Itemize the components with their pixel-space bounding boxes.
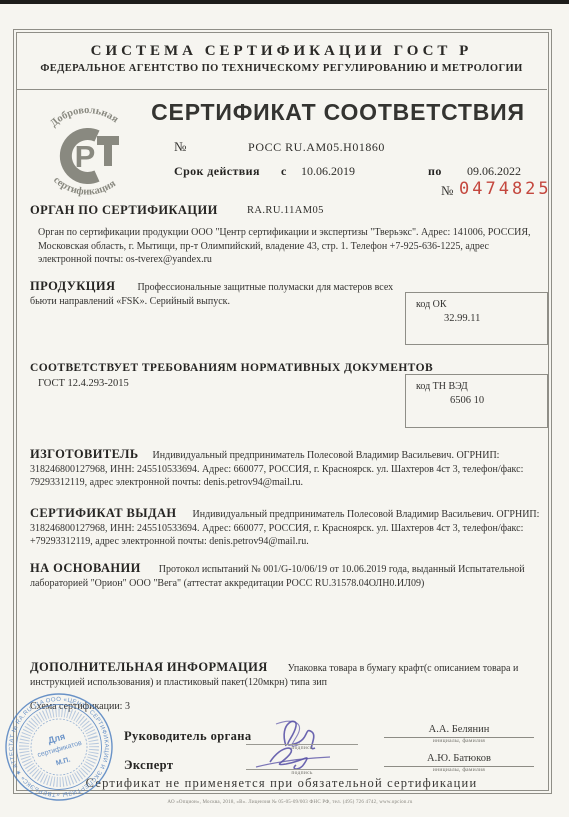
agency-line: ФЕДЕРАЛЬНОЕ АГЕНТСТВО ПО ТЕХНИЧЕСКОМУ РЕ… — [16, 63, 547, 74]
expert-signature-field: подпись — [246, 769, 358, 776]
form-number: 0474825 — [459, 179, 552, 199]
validity-date-from: 10.06.2019 — [301, 164, 355, 179]
product-block: ПРОДУКЦИЯПрофессиональные защитные полум… — [30, 280, 422, 308]
certification-body-text: Орган по сертификации продукции ООО "Цен… — [38, 226, 545, 267]
svg-text:Добровольная: Добровольная — [48, 105, 120, 129]
form-number-sign: № — [441, 183, 453, 199]
expert-name: А.Ю. Батюков — [384, 753, 534, 767]
logo-top-arc-text: Добровольная — [48, 105, 120, 129]
ok-code-label: код ОК — [416, 299, 447, 310]
issued-to-label: СЕРТИФИКАТ ВЫДАН — [30, 506, 177, 520]
basis-block: НА ОСНОВАНИИПротокол испытаний № 001/G-1… — [30, 562, 535, 590]
validity-from-preposition: с — [281, 164, 287, 179]
manufacturer-block: ИЗГОТОВИТЕЛЬИндивидуальный предпринимате… — [30, 448, 542, 490]
manufacturer-label: ИЗГОТОВИТЕЛЬ — [30, 447, 139, 461]
registration-number: РОСС RU.AM05.H01860 — [248, 140, 385, 155]
system-line: СИСТЕМА СЕРТИФИКАЦИИ ГОСТ Р — [16, 43, 547, 60]
head-name-field: А.А. Белянин инициалы, фамилия — [384, 724, 534, 744]
product-label: ПРОДУКЦИЯ — [30, 279, 115, 293]
conformity-label: СООТВЕТСТВУЕТ ТРЕБОВАНИЯМ НОРМАТИВНЫХ ДО… — [30, 362, 433, 374]
certification-body-label: ОРГАН ПО СЕРТИФИКАЦИИ — [30, 203, 218, 218]
ok-code-value: 32.99.11 — [444, 313, 547, 324]
header-divider — [16, 89, 547, 90]
logo-letter-t-stem — [104, 136, 112, 166]
stamp-center-line3: М.П. — [55, 756, 71, 767]
validity-label: Срок действия — [174, 164, 260, 179]
number-sign: № — [174, 139, 186, 155]
certification-body-code: RA.RU.11AM05 — [247, 205, 324, 216]
ok-code-box: код ОК 32.99.11 — [405, 292, 548, 345]
tnved-code-box: код ТН ВЭД 6506 10 — [405, 374, 548, 428]
tnved-code-value: 6506 10 — [450, 395, 547, 406]
head-of-body-label: Руководитель органа — [124, 729, 252, 744]
rst-quality-mark-icon: Добровольная сертификация Р — [33, 96, 139, 206]
scan-artifact-top — [0, 0, 569, 4]
expert-name-field: А.Ю. Батюков инициалы, фамилия — [384, 753, 534, 773]
tnved-code-label: код ТН ВЭД — [416, 381, 468, 392]
logo-letter-p: Р — [75, 139, 96, 174]
stamp-center-line1: Для — [47, 731, 66, 745]
validity-to-preposition: по — [428, 164, 442, 179]
issued-to-block: СЕРТИФИКАТ ВЫДАНИндивидуальный предприни… — [30, 507, 544, 549]
additional-info-label: ДОПОЛНИТЕЛЬНАЯ ИНФОРМАЦИЯ — [30, 660, 268, 674]
validity-date-to: 09.06.2022 — [467, 164, 521, 179]
head-name-caption: инициалы, фамилия — [384, 738, 534, 744]
head-name: А.А. Белянин — [384, 724, 534, 738]
certificate-title: СЕРТИФИКАТ СООТВЕТСТВИЯ — [142, 99, 534, 126]
certificate-page: СИСТЕМА СЕРТИФИКАЦИИ ГОСТ Р ФЕДЕРАЛЬНОЕ … — [0, 0, 569, 817]
conformity-text: ГОСТ 12.4.293-2015 — [38, 378, 129, 389]
organization-stamp-icon: ООО «ЦЕНТР СЕРТИФИКАЦИИ И ЭКСПЕРТИЗЫ «ТВ… — [2, 690, 116, 810]
basis-label: НА ОСНОВАНИИ — [30, 561, 141, 575]
print-footer: АО «Опцион», Москва, 2018, «В». Лицензия… — [110, 800, 470, 805]
expert-label: Эксперт — [124, 758, 173, 773]
additional-info-block: ДОПОЛНИТЕЛЬНАЯ ИНФОРМАЦИЯУпаковка товара… — [30, 661, 538, 689]
expert-name-caption: инициалы, фамилия — [384, 767, 534, 773]
